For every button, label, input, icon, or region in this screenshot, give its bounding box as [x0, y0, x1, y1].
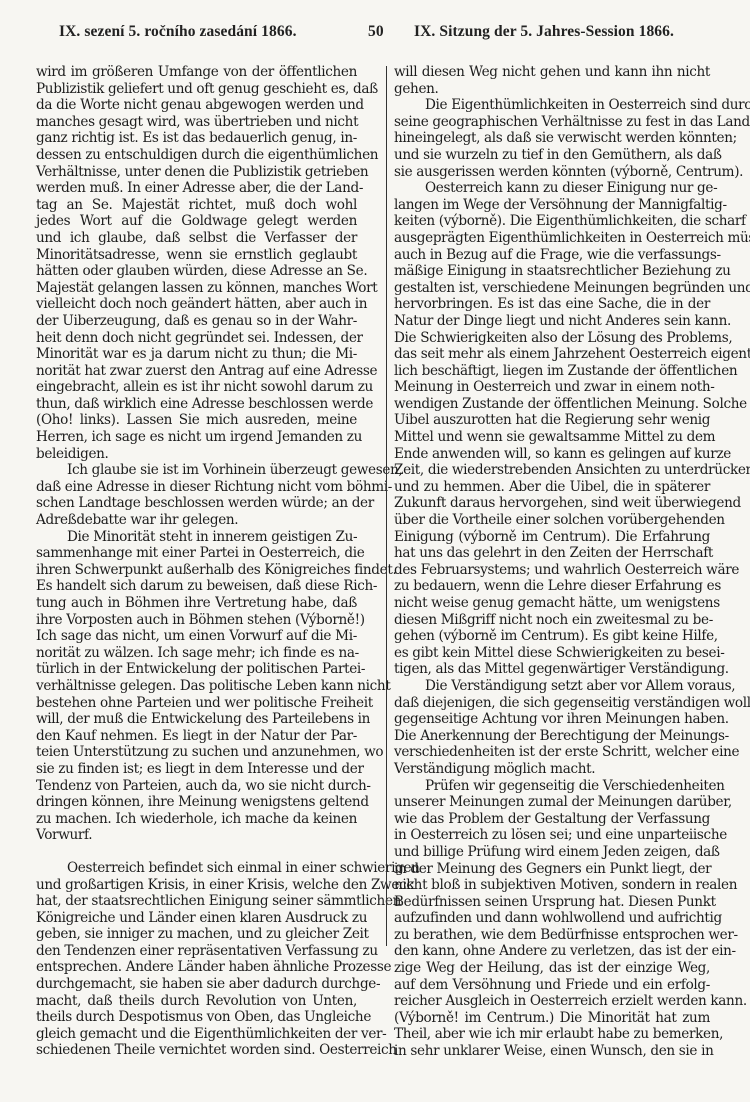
text-line: Verständigung möglich macht.	[394, 761, 710, 778]
text-line: bestehen ohne Parteien und wer politisch…	[36, 695, 357, 712]
text-line: tag an Se. Majestät richtet, muß doch wo…	[36, 197, 357, 214]
text-line: zu berathen, wie dem Bedürfnisse entspro…	[394, 927, 710, 944]
text-line: sie ausgerissen werden könnten (výborně,…	[394, 164, 710, 181]
text-line: der Uiberzeugung, daß es genau so in der…	[36, 313, 357, 330]
text-line: langen im Wege der Versöhnung der Mannig…	[394, 197, 710, 214]
text-line: Publizistik geliefert und oft genug gesc…	[36, 81, 357, 98]
text-line: Ich glaube sie ist im Vorhinein überzeug…	[36, 462, 357, 479]
left-text-column: wird im größeren Umfange von der öffentl…	[36, 64, 357, 1059]
text-line: da die Worte nicht genau abgewogen werde…	[36, 97, 357, 114]
german-header-title: IX. Sitzung der 5. Jahres-Session 1866.	[414, 23, 674, 41]
text-line: Die Eigenthümlichkeiten in Oesterreich s…	[394, 97, 710, 114]
text-line: lich beschäftigt, liegen im Zustande der…	[394, 363, 710, 380]
text-line: manches gesagt wird, was übertrieben und…	[36, 114, 357, 131]
paragraph-gap	[36, 844, 357, 860]
text-line: teien Unterstützung zu suchen und anzune…	[36, 744, 357, 761]
text-line: nicht weise genug gemacht hätte, um weni…	[394, 595, 710, 612]
text-line: in sehr unklarer Weise, einen Wunsch, de…	[394, 1043, 710, 1060]
text-line: wird im größeren Umfange von der öffentl…	[36, 64, 357, 81]
text-line: Oesterreich befindet sich einmal in eine…	[36, 860, 357, 877]
text-line: theils durch Despotismus von Oben, das U…	[36, 1009, 357, 1026]
text-line: Zukunft daraus hervorgehen, sind weit üb…	[394, 495, 710, 512]
text-line: aufzufinden und dann wohlwollend und auf…	[394, 910, 710, 927]
text-line: Es handelt sich darum zu beweisen, daß d…	[36, 578, 357, 595]
text-line: zu machen. Ich wiederhole, ich mache da …	[36, 811, 357, 828]
text-line: hineingelegt, als daß sie verwischt werd…	[394, 130, 710, 147]
text-line: Vorwurf.	[36, 827, 357, 844]
text-line: Oesterreich kann zu dieser Einigung nur …	[394, 180, 710, 197]
text-line: tigen, als das Mittel gegenwärtiger Vers…	[394, 661, 710, 678]
text-line: Mittel und wenn sie gewaltsamme Mittel z…	[394, 429, 710, 446]
text-line: gegenseitige Achtung vor ihren Meinungen…	[394, 711, 710, 728]
text-line: ganz richtig ist. Es ist das bedauerlich…	[36, 130, 357, 147]
text-line: Theil, aber wie ich mir erlaubt habe zu …	[394, 1026, 710, 1043]
text-line: auf dem Versöhnung und Friede und ein er…	[394, 977, 710, 994]
text-line: werden muß. In einer Adresse aber, die d…	[36, 180, 357, 197]
text-line: unserer Meinungen zumal der Meinungen da…	[394, 794, 710, 811]
text-line: Die Verständigung setzt aber vor Allem v…	[394, 678, 710, 695]
document-page: IX. sezení 5. ročního zasedání 1866. 50 …	[0, 0, 750, 1102]
text-line: und billige Prüfung wird einem Jeden zei…	[394, 844, 710, 861]
text-line: gleich gemacht und die Eigenthümlichkeit…	[36, 1026, 357, 1043]
text-line: hat, der staatsrechtlichen Einigung sein…	[36, 893, 357, 910]
text-line: daß diejenigen, die sich gegenseitig ver…	[394, 695, 710, 712]
text-line: hat uns das gelehrt in den Zeiten der He…	[394, 545, 710, 562]
text-line: beleidigen.	[36, 446, 357, 463]
text-line: den kann, ohne Andere zu verletzen, das …	[394, 943, 710, 960]
text-line: Bedürfnissen seinen Ursprung hat. Diesen…	[394, 894, 710, 911]
text-line: hätten oder glauben würden, diese Adress…	[36, 263, 357, 280]
text-line: (Oho! links). Lassen Sie mich ausreden, …	[36, 412, 357, 429]
text-line: und ich glaube, daß selbst die Verfasser…	[36, 230, 357, 247]
text-line: norität hat zwar zuerst den Antrag auf e…	[36, 363, 357, 380]
text-line: zige Weg der Heilung, das ist der einzig…	[394, 960, 710, 977]
text-line: dessen zu entschuldigen durch die eigent…	[36, 147, 357, 164]
text-line: keiten (výborně). Die Eigenthümlichkeite…	[394, 213, 710, 230]
text-line: diesen Mißgriff nicht noch ein zweitesma…	[394, 612, 710, 629]
text-line: (Výborně! im Centrum.) Die Minorität hat…	[394, 1010, 710, 1027]
text-line: Majestät gelangen lassen zu können, manc…	[36, 280, 357, 297]
text-line: Die Minorität steht in innerem geistigen…	[36, 529, 357, 546]
text-line: gestalten ist, verschiedene Meinungen be…	[394, 280, 710, 297]
text-line: tung auch in Böhmen ihre Vertretung habe…	[36, 595, 357, 612]
text-line: über die Vortheile einer solchen vorüber…	[394, 512, 710, 529]
text-line: norität zu wälzen. Ich sage mehr; ich fi…	[36, 645, 357, 662]
text-line: Uibel auszurotten hat die Regierung sehr…	[394, 412, 710, 429]
text-line: und großartigen Krisis, in einer Krisis,…	[36, 877, 357, 894]
text-line: nicht bloß in subjektiven Motiven, sonde…	[394, 877, 710, 894]
text-line: Tendenz von Parteien, auch da, wo sie ni…	[36, 778, 357, 795]
text-line: in Oesterreich zu lösen sei; und eine un…	[394, 827, 710, 844]
text-line: reicher Ausgleich in Oesterreich erzielt…	[394, 993, 710, 1010]
text-line: verhältnisse gelegen. Das politische Leb…	[36, 678, 357, 695]
text-line: entsprechen. Andere Länder haben ähnlich…	[36, 959, 357, 976]
column-divider	[386, 66, 387, 946]
text-line: gehen.	[394, 81, 710, 98]
text-line: macht, daß theils durch Revolution von U…	[36, 993, 357, 1010]
text-line: und sie wurzeln zu tief in den Gemüthern…	[394, 147, 710, 164]
text-line: durchgemacht, sie haben sie aber dadurch…	[36, 976, 357, 993]
text-line: will, der muß die Entwickelung des Parte…	[36, 711, 357, 728]
text-line: den Kauf nehmen. Es liegt in der Natur d…	[36, 728, 357, 745]
text-line: Die Schwierigkeiten also der Lösung des …	[394, 330, 710, 347]
text-line: vielleicht doch noch geändert hätten, ab…	[36, 296, 357, 313]
text-line: Minoritätsadresse, wenn sie ernstlich ge…	[36, 247, 357, 264]
text-line: den Tendenzen einer repräsentativen Verf…	[36, 943, 357, 960]
text-line: Zeit, die wiederstrebenden Ansichten zu …	[394, 462, 710, 479]
text-line: türlich in der Entwickelung der politisc…	[36, 661, 357, 678]
text-line: Prüfen wir gegenseitig die Verschiedenhe…	[394, 778, 710, 795]
text-line: das seit mehr als einem Jahrzehent Oeste…	[394, 346, 710, 363]
text-line: ihren Schwerpunkt außerhalb des Königrei…	[36, 562, 357, 579]
text-line: Adreßdebatte war ihr gelegen.	[36, 512, 357, 529]
text-line: auch in Bezug auf die Frage, wie die ver…	[394, 247, 710, 264]
text-line: in der Meinung des Gegners ein Punkt lie…	[394, 861, 710, 878]
text-line: Herren, ich sage es nicht um irgend Jema…	[36, 429, 357, 446]
text-line: Ende anwenden will, so kann es gelingen …	[394, 446, 710, 463]
text-line: Verhältnisse, unter denen die Publizisti…	[36, 164, 357, 181]
text-line: gehen (výborně im Centrum). Es gibt kein…	[394, 628, 710, 645]
text-line: jedes Wort auf die Goldwage gelegt werde…	[36, 213, 357, 230]
text-line: dringen können, ihre Meinung wenigstens …	[36, 794, 357, 811]
text-line: verschiedenheiten ist der erste Schritt,…	[394, 744, 710, 761]
text-line: Ich sage das nicht, um einen Vorwurf auf…	[36, 628, 357, 645]
text-line: Einigung (výborně im Centrum). Die Erfah…	[394, 529, 710, 546]
text-line: ihre Vorposten auch in Böhmen stehen (Vý…	[36, 612, 357, 629]
text-line: des Februarsystems; und wahrlich Oesterr…	[394, 562, 710, 579]
text-line: Natur der Dinge liegt und nicht Anderes …	[394, 313, 710, 330]
text-line: eingebracht, allein es ist ihr nicht sow…	[36, 379, 357, 396]
text-line: will diesen Weg nicht gehen und kann ihn…	[394, 64, 710, 81]
text-line: es gibt kein Mittel diese Schwierigkeite…	[394, 645, 710, 662]
text-line: mäßige Einigung in staatsrechtlicher Bez…	[394, 263, 710, 280]
text-line: Meinung in Oesterreich und zwar in einem…	[394, 379, 710, 396]
text-line: heit denn doch nicht gegründet sei. Inde…	[36, 330, 357, 347]
text-line: sammenhange mit einer Partei in Oesterre…	[36, 545, 357, 562]
text-line: zu bedauern, wenn die Lehre dieser Erfah…	[394, 578, 710, 595]
text-line: wendigen Zustande der öffentlichen Meinu…	[394, 396, 710, 413]
text-line: seine geographischen Verhältnisse zu fes…	[394, 114, 710, 131]
text-line: und zu hemmen. Aber die Uibel, die in sp…	[394, 479, 710, 496]
page-header: IX. sezení 5. ročního zasedání 1866. 50 …	[0, 23, 750, 43]
text-line: Königreiche und Länder einen klaren Ausd…	[36, 910, 357, 927]
text-line: thun, daß wirklich eine Adresse beschlos…	[36, 396, 357, 413]
text-line: schen Landtage beschlossen werden würde;…	[36, 495, 357, 512]
text-line: Die Anerkennung der Berechtigung der Mei…	[394, 728, 710, 745]
text-line: geben, sie inniger zu machen, und zu gle…	[36, 926, 357, 943]
text-line: daß eine Adresse in dieser Richtung nich…	[36, 479, 357, 496]
text-line: hervorbringen. Es ist das eine Sache, di…	[394, 296, 710, 313]
text-line: ausgeprägten Eigenthümlichkeiten in Oest…	[394, 230, 710, 247]
page-number: 50	[368, 23, 384, 41]
czech-header-title: IX. sezení 5. ročního zasedání 1866.	[59, 23, 297, 41]
right-text-column: will diesen Weg nicht gehen und kann ihn…	[394, 64, 710, 1060]
text-line: schiedenen Theile vernichtet worden sind…	[36, 1042, 357, 1059]
text-line: Minorität war es ja darum nicht zu thun;…	[36, 346, 357, 363]
text-line: wie das Problem der Gestaltung der Verfa…	[394, 811, 710, 828]
text-line: sie zu finden ist; es liegt in dem Inter…	[36, 761, 357, 778]
